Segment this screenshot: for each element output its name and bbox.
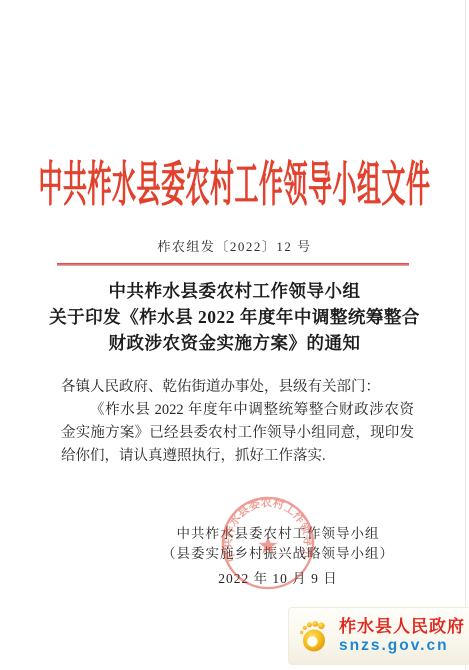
doc-title-line-3: 财政涉农资金实施方案》的通知 (20, 330, 449, 356)
doc-title-line-2: 关于印发《柞水县 2022 年度年中调整统筹整合 (20, 304, 449, 330)
body-salutation: 各镇人民政府、乾佑街道办事处，县级有关部门： (61, 376, 414, 399)
site-url: snzs.gov.cn (339, 637, 465, 655)
doc-title-line-1: 中共柞水县委农村工作领导小组 (20, 278, 449, 304)
red-header-text: 中共柞水县委农村工作领导小组文件 (39, 144, 431, 214)
gov-site-badge: 柞水县人民政府 snzs.gov.cn (288, 607, 469, 665)
red-divider-line (57, 263, 409, 266)
red-header-banner: 中共柞水县委农村工作领导小组文件 (0, 150, 469, 208)
body-paragraph: 《柞水县 2022 年度年中调整统筹整合财政涉农资金实施方案》已经县委农村工作领… (61, 399, 414, 468)
signature-date: 2022 年 10 月 9 日 (88, 567, 468, 590)
doc-body: 各镇人民政府、乾佑街道办事处，县级有关部门： 《柞水县 2022 年度年中调整统… (61, 376, 414, 468)
signature-org: 中共柞水县委农村工作领导小组 (88, 524, 468, 544)
signature-org-alt: （县委实施乡村振兴战略领导小组） (88, 544, 468, 564)
document-page: 中共柞水县委农村工作领导小组文件 柞农组发〔2022〕12 号 中共柞水县委农村… (0, 0, 469, 670)
doc-number: 柞农组发〔2022〕12 号 (0, 236, 469, 255)
gov-site-text: 柞水县人民政府 snzs.gov.cn (339, 617, 465, 654)
doc-title: 中共柞水县委农村工作领导小组 关于印发《柞水县 2022 年度年中调整统筹整合 … (20, 278, 449, 356)
signature-block: 中共柞水县委农村工作领导小组 （县委实施乡村振兴战略领导小组） 2022 年 1… (88, 524, 468, 590)
site-name: 柞水县人民政府 (339, 617, 465, 637)
gov-site-logo-icon (296, 619, 330, 653)
